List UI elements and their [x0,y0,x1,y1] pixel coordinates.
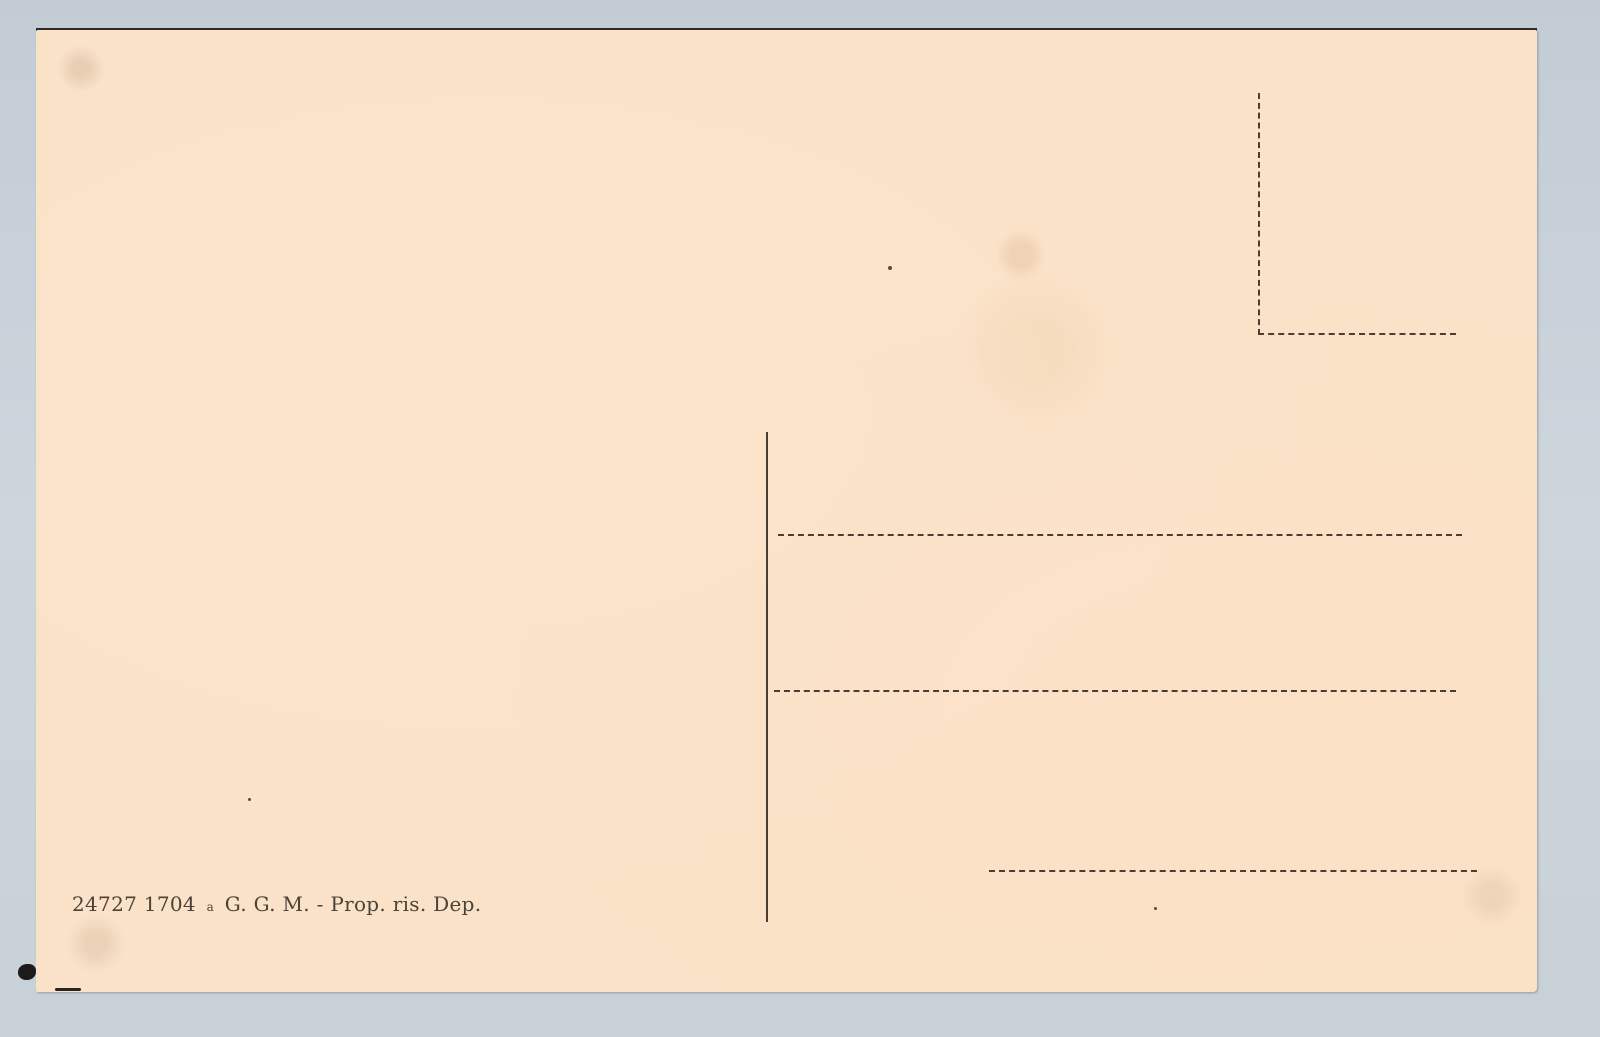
address-line-3 [989,870,1477,872]
address-line-1 [778,534,1462,536]
paper-speck [888,266,892,270]
paper-speck [248,798,251,801]
imprint-mark: a [207,900,214,914]
scan-background: 24727 1704 a G. G. M. - Prop. ris. Dep. [0,0,1600,1037]
stamp-box [1258,93,1456,335]
imprint-dash: - [317,892,324,916]
imprint-rights: Prop. ris. Dep. [330,892,481,916]
edge-stain-mark [55,988,81,991]
paper-speck [1154,907,1157,910]
imprint-publisher: G. G. M. [225,892,310,916]
imprint-number-2: 1704 [144,892,196,916]
ink-blot-mark [18,964,36,980]
imprint-number-1: 24727 [72,892,137,916]
address-line-2 [774,690,1456,692]
publisher-imprint: 24727 1704 a G. G. M. - Prop. ris. Dep. [72,892,481,916]
message-address-divider [766,432,768,922]
